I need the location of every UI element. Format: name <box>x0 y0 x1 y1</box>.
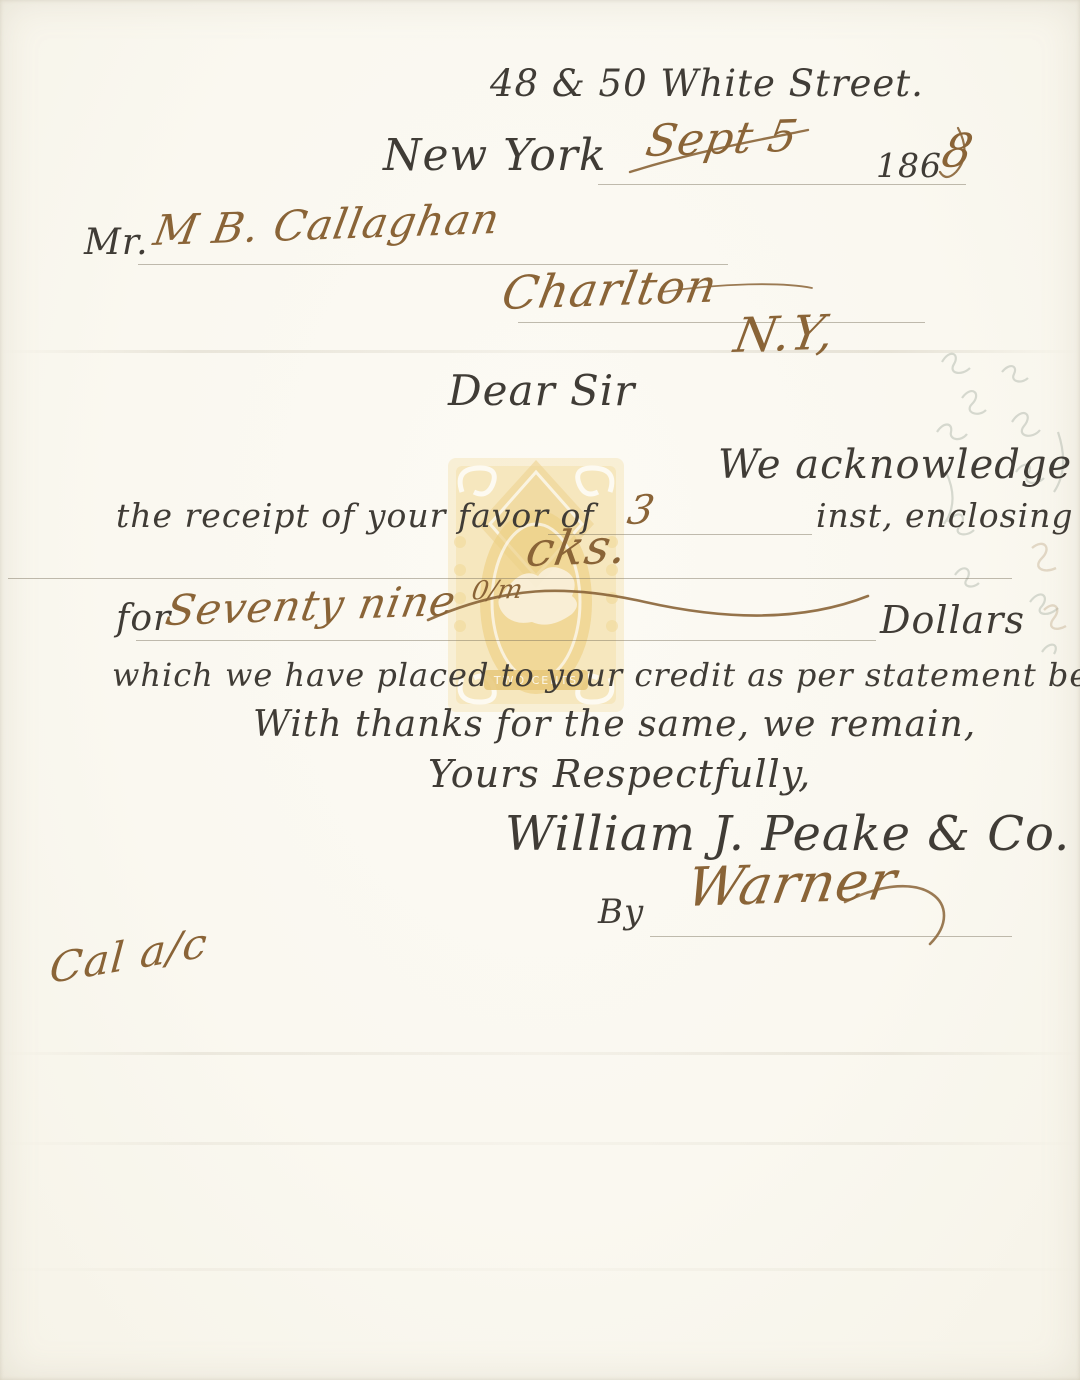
year-handwritten: 8 <box>938 123 978 178</box>
enclosure-handwritten: cks. <box>522 519 632 578</box>
addressee-town: Charlton <box>498 259 722 320</box>
account-note: Cal a/c <box>48 918 210 993</box>
addressee-state: N.Y, <box>730 305 840 364</box>
salutation: Dear Sir <box>448 366 635 415</box>
addressee-name: M B. Callaghan <box>150 194 504 255</box>
addressee-prefix: Mr. <box>84 222 149 263</box>
amount-rule <box>136 640 876 641</box>
body-credit-line: which we have placed to your credit as p… <box>112 656 1080 694</box>
clerk-signature: Warner <box>682 849 902 919</box>
amount-fraction: 0/m <box>469 575 525 607</box>
body-thanks-line: With thanks for the same, we remain, <box>253 704 976 745</box>
year-printed: 186 <box>876 146 942 185</box>
body-dollars-label: Dollars <box>880 598 1025 642</box>
fold-crease <box>0 1268 1080 1271</box>
amount-words: Seventy nine <box>162 576 460 635</box>
body-inst-line: inst, enclosing <box>816 496 1074 535</box>
by-label: By <box>598 892 644 932</box>
body-opening: We acknowledge <box>718 442 1072 488</box>
date-handwritten: Sept 5 <box>642 111 802 167</box>
fold-crease <box>0 1142 1080 1145</box>
addressee-town-rule <box>518 322 925 323</box>
body-closing-line: Yours Respectfully, <box>428 752 811 796</box>
body-receipt-line: the receipt of your favor of <box>116 496 595 535</box>
letterhead-street: 48 & 50 White Street. <box>490 62 924 105</box>
by-rule <box>650 936 1012 937</box>
letterhead-city: New York <box>383 130 607 181</box>
fold-crease <box>0 1052 1080 1055</box>
fold-crease <box>0 350 1080 353</box>
letter-page: TWO CENTS 48 & 50 White Street. New York… <box>0 0 1080 1380</box>
